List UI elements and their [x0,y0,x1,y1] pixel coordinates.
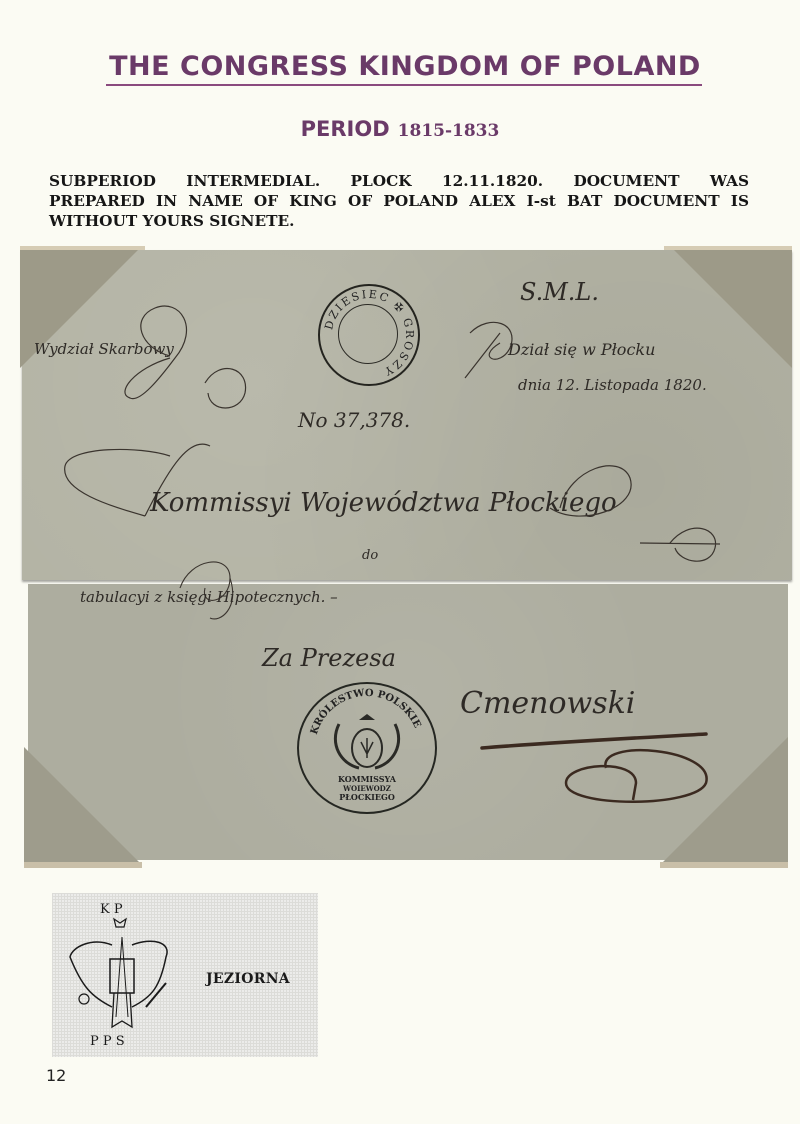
description-text: SUBPERIOD INTERMEDIAL. PLOCK 12.11.1820.… [49,171,749,231]
flourish-icon [520,448,740,578]
corner-edge [20,246,145,250]
period-heading: PERIOD1815-1833 [0,117,800,141]
flourish-icon [110,298,260,418]
corner-edge [664,246,792,250]
eagle-seal-icon: KRÓLESTWO POLSKIE KOMMISSYA WOIEWODZ PŁO… [299,684,435,812]
handwriting-za-prezesa: Za Prezesa [262,644,396,672]
photo-corner-bottom-left [24,747,139,862]
handwriting-number: No 37,378. [298,408,410,432]
postmark-ring-text-icon: DZIESIEC ✠ GROSZY [320,286,418,384]
handwriting-date: dnia 12. Listopada 1820. [518,376,707,394]
signature-flourish-icon [476,728,716,818]
handwriting-place: Dział się w Płocku [508,340,655,359]
description-line-2: PREPARED IN NAME OF KING OF POLAND ALEX … [49,191,749,211]
handwriting-do: do [362,548,378,563]
page-number: 12 [46,1066,66,1085]
corner-edge [24,862,142,868]
jeziorna-postmark-label: JEZIORNA [206,971,290,987]
svg-text:K P: K P [100,902,123,917]
svg-text:PŁOCKIEGO: PŁOCKIEGO [339,792,395,802]
svg-text:DZIESIEC ✠ GROSZY: DZIESIEC ✠ GROSZY [322,288,416,379]
handwriting-mark: S.M.L. [520,278,599,306]
corner-edge [660,862,788,868]
handwriting-tabulacya: tabulacyi z księgi Hipotecznych. – [80,588,338,606]
seal-stamp: KRÓLESTWO POLSKIE KOMMISSYA WOIEWODZ PŁO… [297,682,437,814]
folded-letter-image: Wydział Skarbowy DZIESIEC ✠ GROSZY S.M.L… [20,248,792,868]
photo-corner-top-right [672,248,792,368]
svg-text:KOMMISSYA: KOMMISSYA [338,774,397,784]
postmark-illustration: K P P P S JEZIORNA [52,893,318,1057]
description-line-1: SUBPERIOD INTERMEDIAL. PLOCK 12.11.1820.… [49,171,749,191]
title-underline [106,84,702,86]
description-line-3: WITHOUT YOURS SIGNETE. [49,211,749,231]
period-label: PERIOD [301,117,390,141]
svg-text:P P S: P P S [90,1034,125,1049]
period-years: 1815-1833 [398,121,500,141]
handwriting-signature: Cmenowski [460,686,635,721]
crowned-eagle-icon: K P P P S [62,897,182,1053]
page-title: THE CONGRESS KINGDOM OF POLAND [105,52,705,82]
round-postmark: DZIESIEC ✠ GROSZY [318,284,420,386]
